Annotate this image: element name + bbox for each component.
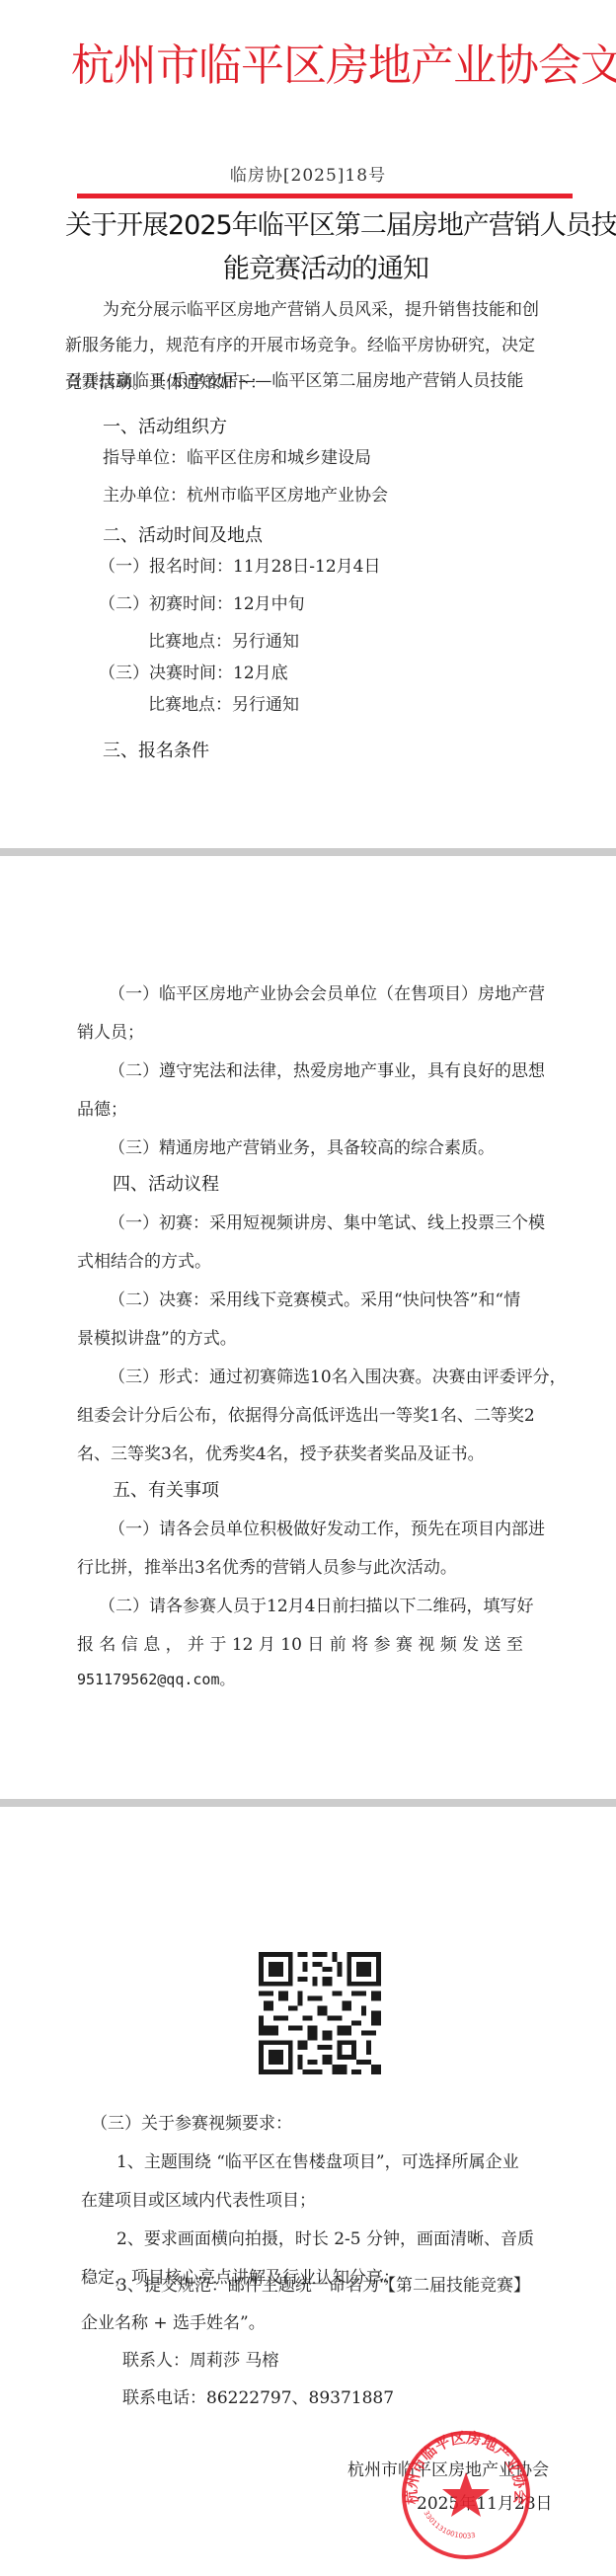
matter-line: 行比拼，推举出3名优秀的营销人员参与此次活动。 — [77, 1553, 457, 1578]
page-separator — [0, 1799, 616, 1807]
registration-time: （一）报名时间：11月28日-12月4日 — [99, 551, 380, 584]
email-link[interactable]: 951179562@qq.com。 — [77, 1669, 235, 1689]
qr-code-icon[interactable] — [259, 1952, 381, 2074]
final-venue: 比赛地点：另行通知 — [148, 689, 299, 722]
video-requirements-heading: （三）关于参赛视频要求： — [91, 2109, 292, 2134]
video-req-line: 1、主题围绕 “临平区在售楼盘项目”，可选择所属企业 — [116, 2147, 519, 2172]
contact-phone: 联系电话：86222797、89371887 — [122, 2383, 394, 2408]
section-2-heading: 二、活动时间及地点 — [103, 521, 263, 547]
agenda-line: 式相结合的方式。 — [77, 1247, 211, 1272]
agenda-line: 名、三等奖3名，优秀奖4名，授予获奖者奖品及证书。 — [77, 1440, 485, 1464]
agenda-line: （三）形式：通过初赛筛选10名入围决赛。决赛由评委评分， — [109, 1363, 567, 1387]
final-time: （三）决赛时间：12月底 — [99, 658, 288, 690]
page-separator — [0, 848, 616, 856]
host-unit: 主办单位：杭州市临平区房地产业协会 — [103, 480, 388, 512]
intro-line-4: 竞赛活动。具体通知如下： — [65, 367, 267, 400]
official-seal-icon: 杭州市临平区房地产业协会 33011310010033 — [400, 2429, 532, 2561]
section-3-heading: 三、报名条件 — [103, 737, 209, 762]
seal-code: 33011310010033 — [422, 2510, 476, 2540]
svg-text:33011310010033: 33011310010033 — [422, 2510, 476, 2540]
agenda-line: （一）初赛：采用短视频讲房、集中笔试、线上投票三个模 — [109, 1209, 545, 1233]
prelim-time: （二）初赛时间：12月中旬 — [99, 588, 305, 621]
org-document-title: 杭州市临平区房地产业协会文件 — [71, 30, 616, 93]
subject-line-1: 关于开展2025年临平区第二届房地产营销人员技 — [65, 203, 616, 242]
contact-person: 联系人：周莉莎 马榕 — [122, 2346, 278, 2371]
agenda-line: （二）决赛：采用线下竞赛模式。采用“快问快答”和“情 — [109, 1286, 520, 1310]
red-divider — [77, 194, 573, 198]
prelim-venue: 比赛地点：另行通知 — [148, 626, 299, 659]
condition-line: 品德； — [77, 1095, 127, 1120]
section-5-heading: 五、有关事项 — [113, 1476, 219, 1502]
intro-line: 为充分展示临平区房地产营销人员风采，提升销售技能和创 — [103, 294, 539, 327]
matter-line: 报 名 信 息 ， 并 于 12 月 10 日 前 将 参 赛 视 频 发 送 … — [77, 1630, 523, 1655]
video-req-line: 在建项目或区域内代表性项目； — [81, 2186, 316, 2211]
page-2: （一）临平区房地产业协会会员单位（在售项目）房地产营 销人员； （二）遵守宪法和… — [0, 856, 616, 1799]
condition-line: 销人员； — [77, 1018, 144, 1043]
section-4-heading: 四、活动议程 — [113, 1170, 219, 1196]
condition-line: （三）精通房地产营销业务，具备较高的综合素质。 — [109, 1133, 495, 1158]
page-1: 杭州市临平区房地产业协会文件 临房协[2025]18号 关于开展2025年临平区… — [0, 0, 616, 845]
subject-line-2: 能竞赛活动的通知 — [223, 247, 428, 285]
agenda-line: 景模拟讲盘”的方式。 — [77, 1324, 237, 1349]
matter-line: （二）请各参赛人员于12月4日前扫描以下二维码，填写好 — [99, 1592, 533, 1616]
matter-line: （一）请各会员单位积极做好发动工作，预先在项目内部进 — [109, 1515, 545, 1539]
video-req-line: 企业名称 + 选手姓名”。 — [81, 2308, 266, 2333]
document-number: 临房协[2025]18号 — [0, 161, 616, 186]
guide-unit: 指导单位：临平区住房和城乡建设局 — [103, 442, 371, 475]
condition-line: （一）临平区房地产业协会会员单位（在售项目）房地产营 — [109, 979, 545, 1004]
intro-line: 新服务能力，规范有序的开展市场竞争。经临平房协研究，决定 — [65, 330, 535, 362]
section-1-heading: 一、活动组织方 — [103, 413, 227, 438]
video-req-line: 3、提交规范：邮件主题统一命名为“【第二届技能竞赛】 — [116, 2271, 530, 2296]
agenda-line: 组委会计分后公布，依据得分高低评选出一等奖1名、二等奖2 — [77, 1401, 535, 1426]
condition-line: （二）遵守宪法和法律，热爱房地产事业，具有良好的思想 — [109, 1056, 545, 1081]
video-req-line: 2、要求画面横向拍摄，时长 2-5 分钟，画面清晰、音质 — [116, 2225, 534, 2249]
